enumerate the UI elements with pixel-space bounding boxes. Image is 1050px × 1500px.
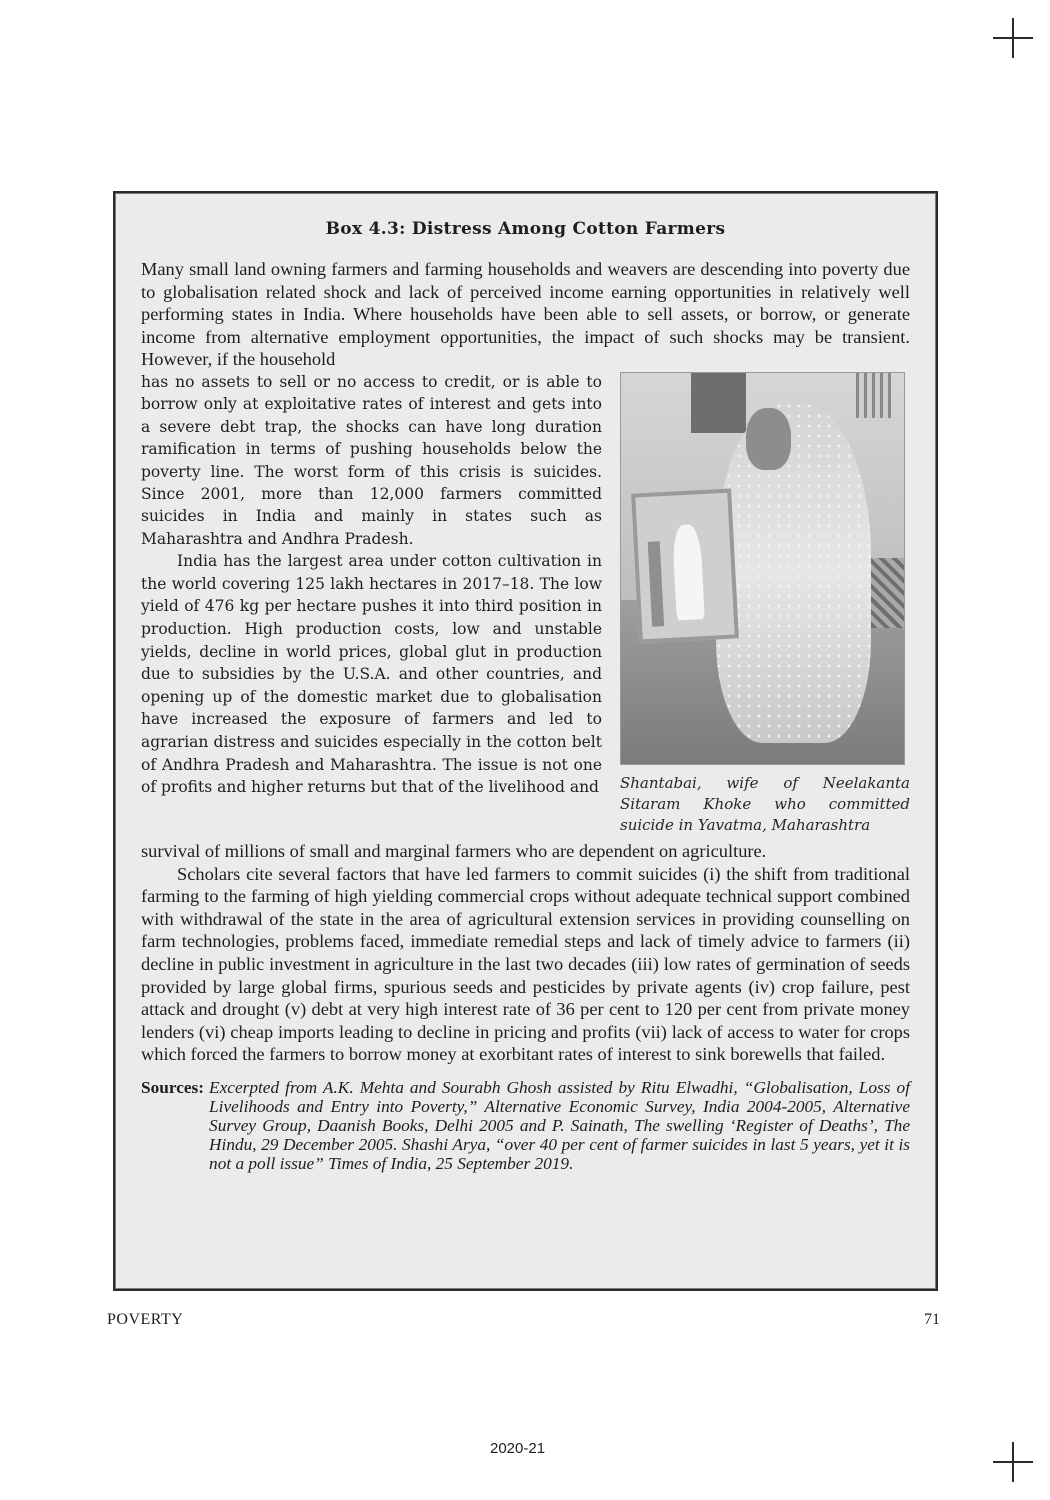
paragraph-intro: Many small land owning farmers and farmi…	[141, 258, 910, 371]
sources: Sources: Excerpted from A.K. Mehta and S…	[141, 1078, 910, 1173]
sources-label: Sources:	[141, 1078, 204, 1173]
paragraph-livelihood: survival of millions of small and margin…	[141, 840, 910, 863]
info-box: Box 4.3: Distress Among Cotton Farmers M…	[113, 191, 938, 1291]
photo-image	[620, 372, 905, 765]
sources-text: Excerpted from A.K. Mehta and Sourabh Gh…	[209, 1078, 910, 1173]
edition-year: 2020-21	[490, 1440, 545, 1457]
figure: Shantabai, wife of Neelakanta Sitaram Kh…	[620, 372, 910, 836]
chapter-name: POVERTY	[107, 1311, 183, 1329]
paragraph-factors: Scholars cite several factors that have …	[141, 863, 910, 1066]
crop-mark-icon	[993, 1442, 1033, 1482]
crop-mark-icon	[993, 18, 1033, 58]
page-number: 71	[924, 1311, 940, 1329]
figure-caption: Shantabai, wife of Neelakanta Sitaram Kh…	[620, 773, 910, 836]
box-title: Box 4.3: Distress Among Cotton Farmers	[141, 216, 910, 246]
